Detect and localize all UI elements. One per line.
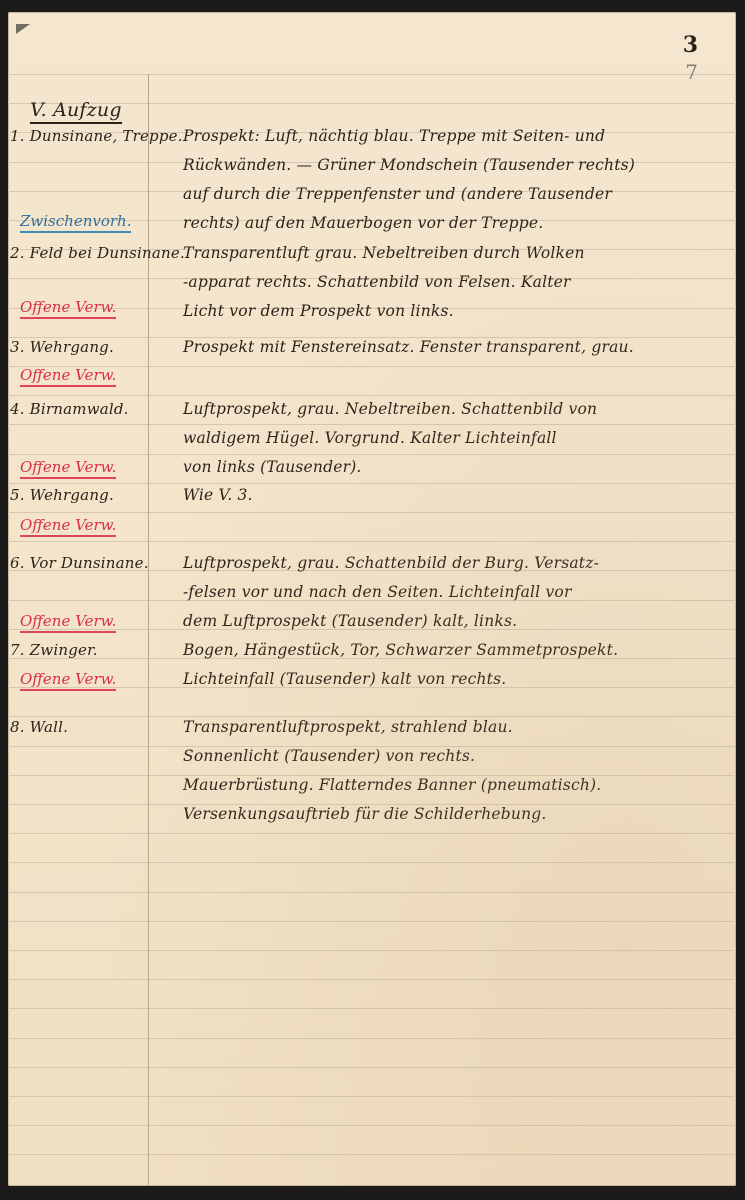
transition-note: Zwischenvorh. — [20, 212, 131, 233]
scene-description-line: -felsen vor und nach den Seiten. Lichtei… — [183, 583, 572, 601]
ruled-line — [8, 541, 736, 542]
ruled-line — [8, 1008, 736, 1009]
ruled-line — [8, 1154, 736, 1155]
scene-description-line: Transparentluft grau. Nebeltreiben durch… — [183, 244, 585, 262]
ruled-line — [8, 454, 736, 455]
scene-description-line: Prospekt mit Fenstereinsatz. Fenster tra… — [183, 338, 634, 356]
ruled-line — [8, 1067, 736, 1068]
ruled-line — [8, 424, 736, 425]
scene-title: 8. Wall. — [10, 718, 68, 736]
ruled-line — [8, 74, 736, 75]
ruled-line — [8, 921, 736, 922]
scene-title: 2. Feld bei Dunsinane. — [10, 244, 185, 262]
ruled-line — [8, 979, 736, 980]
transition-note: Offene Verw. — [20, 458, 116, 479]
transition-note: Offene Verw. — [20, 298, 116, 319]
scene-description-line: -apparat rechts. Schattenbild von Felsen… — [183, 273, 571, 291]
scene-description-line: auf durch die Treppenfenster und (andere… — [183, 185, 612, 203]
scene-description-line: rechts) auf den Mauerbogen vor der Trepp… — [183, 214, 543, 232]
ruled-line — [8, 950, 736, 951]
ruled-line — [8, 483, 736, 484]
margin-line — [148, 74, 149, 1186]
manuscript-page: 3 7 V. Aufzug 1. Dunsinane, Treppe. Pros… — [8, 12, 736, 1186]
scene-title: 5. Wehrgang. — [10, 486, 114, 504]
transition-note: Offene Verw. — [20, 366, 116, 387]
ruled-line — [8, 862, 736, 863]
transition-note: Offene Verw. — [20, 612, 116, 633]
scene-description-line: Transparentluftprospekt, strahlend blau. — [183, 718, 513, 736]
ruled-line — [8, 1038, 736, 1039]
scene-description-line: Wie V. 3. — [183, 486, 253, 504]
scene-title: 6. Vor Dunsinane. — [10, 554, 149, 572]
scene-title: 7. Zwinger. — [10, 641, 98, 659]
page-number-ink: 3 — [683, 32, 698, 58]
scene-description-line: Luftprospekt, grau. Nebeltreiben. Schatt… — [183, 400, 597, 418]
ruled-line — [8, 892, 736, 893]
ruled-line — [8, 1125, 736, 1126]
act-heading: V. Aufzug — [30, 99, 122, 124]
ruled-line — [8, 1096, 736, 1097]
scene-description-line: von links (Tausender). — [183, 458, 362, 476]
scene-description-line: Mauerbrüstung. Flatterndes Banner (pneum… — [183, 776, 601, 794]
transition-note: Offene Verw. — [20, 516, 116, 537]
ruled-line — [8, 366, 736, 367]
page-number-pencil: 7 — [685, 60, 698, 84]
scene-description-line: Prospekt: Luft, nächtig blau. Treppe mit… — [183, 127, 605, 145]
scene-description-line: dem Luftprospekt (Tausender) kalt, links… — [183, 612, 517, 630]
scene-description-line: Rückwänden. — Grüner Mondschein (Tausend… — [183, 156, 635, 174]
folded-corner — [16, 24, 30, 34]
scene-description-line: Luftprospekt, grau. Schattenbild der Bur… — [183, 554, 599, 572]
ruled-line — [8, 512, 736, 513]
scene-description-line: Bogen, Hängestück, Tor, Schwarzer Sammet… — [183, 641, 618, 659]
scene-description-line: Sonnenlicht (Tausender) von rechts. — [183, 747, 475, 765]
ruled-line — [8, 716, 736, 717]
transition-note: Offene Verw. — [20, 670, 116, 691]
scene-title: 3. Wehrgang. — [10, 338, 114, 356]
ruled-line — [8, 833, 736, 834]
ruled-line — [8, 395, 736, 396]
scene-title: 1. Dunsinane, Treppe. — [10, 127, 183, 145]
scene-description-line: Lichteinfall (Tausender) kalt von rechts… — [183, 670, 506, 688]
scene-title: 4. Birnamwald. — [10, 400, 129, 418]
scene-description-line: Licht vor dem Prospekt von links. — [183, 302, 454, 320]
scene-description-line: waldigem Hügel. Vorgrund. Kalter Lichtei… — [183, 429, 557, 447]
scene-description-line: Versenkungsauftrieb für die Schilderhebu… — [183, 805, 547, 823]
